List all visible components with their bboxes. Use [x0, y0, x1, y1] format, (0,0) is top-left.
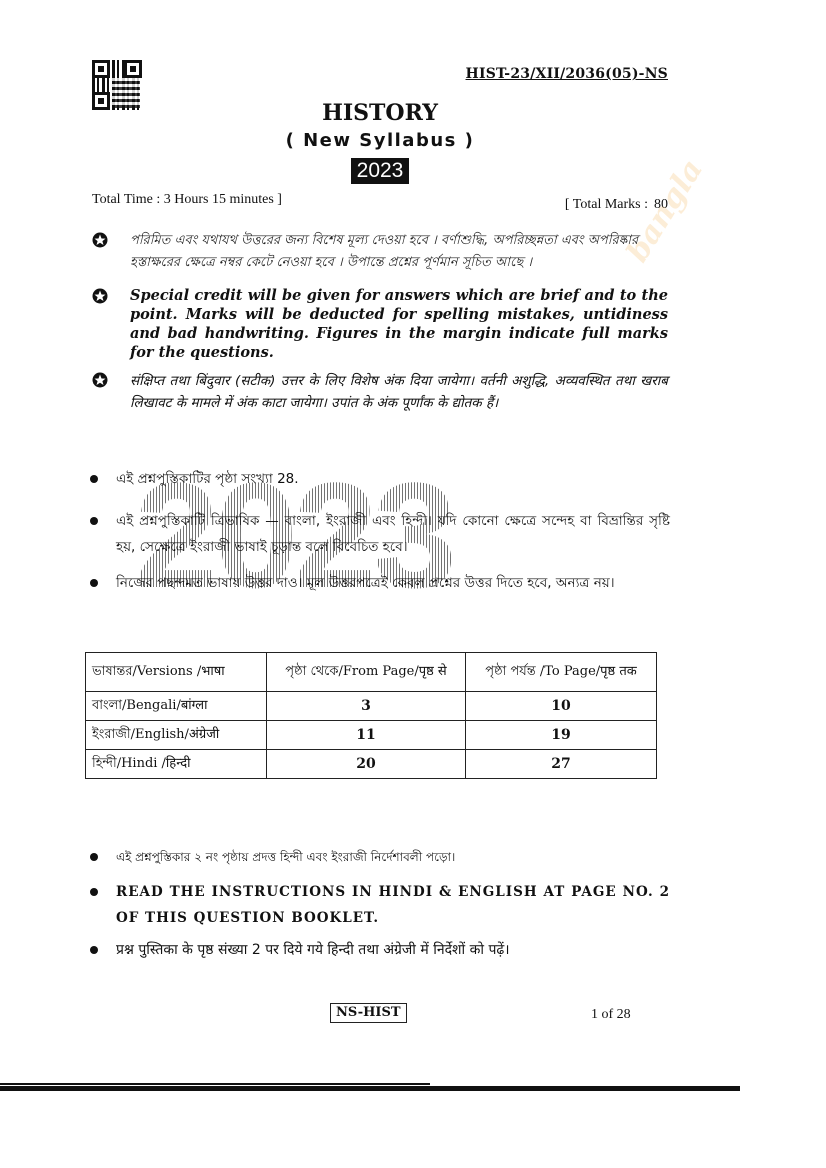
note-text: এই প্রশ্নপুস্তিকার ২ নং পৃষ্ঠায় প্রদত্ত… — [116, 844, 670, 870]
page-number: 1 of 28 — [591, 1007, 631, 1023]
to-page-cell: 27 — [466, 750, 657, 779]
to-page-cell: 10 — [466, 692, 657, 721]
bullet-icon — [90, 579, 98, 587]
header-versions: ভাষান্তর/Versions /भाषा — [86, 653, 267, 692]
note-answer-language: নিজের পছন্দমত ভাষায় উত্তর দাও। মূল উত্ত… — [90, 570, 670, 596]
instruction-text: পরিমিত এবং যথাযথ উত্তরের জন্য বিশেষ মূল্… — [130, 230, 668, 274]
language-cell: হিন্দী/Hindi /हिन्दी — [86, 750, 267, 779]
table-row: ইংরাজী/English/अंग्रेजी 11 19 — [86, 721, 657, 750]
scan-edge-line — [0, 1086, 740, 1091]
instruction-text: Special credit will be given for answers… — [130, 286, 668, 362]
versions-table: ভাষান্তর/Versions /भाषा পৃষ্ঠা থেকে/From… — [85, 652, 657, 779]
note-page-count: এই প্রশ্নপুস্তিকাটির পৃষ্ঠা সংখ্যা 28. — [90, 466, 670, 492]
total-marks: [ Total Marks :80 — [565, 197, 668, 213]
subject-title: HISTORY — [0, 100, 760, 126]
note-text: এই প্রশ্নপুস্তিকাটি ত্রিভাষিক — বাংলা, ই… — [116, 508, 670, 560]
scan-edge-line — [0, 1083, 430, 1085]
from-page-cell: 11 — [267, 721, 466, 750]
language-cell: ইংরাজী/English/अंग्रेजी — [86, 721, 267, 750]
read-note-english: READ THE INSTRUCTIONS IN HINDI & ENGLISH… — [90, 879, 670, 931]
table-row: হিন্দী/Hindi /हिन्दी 20 27 — [86, 750, 657, 779]
instruction-english: Special credit will be given for answers… — [92, 286, 668, 362]
note-trilingual: এই প্রশ্নপুস্তিকাটি ত্রিভাষিক — বাংলা, ই… — [90, 508, 670, 560]
bullet-icon — [90, 853, 98, 861]
note-text: READ THE INSTRUCTIONS IN HINDI & ENGLISH… — [116, 879, 670, 931]
total-time: Total Time : 3 Hours 15 minutes ] — [92, 192, 282, 208]
header-from-page: পৃষ্ঠা থেকে/From Page/पृष्ठ से — [267, 653, 466, 692]
note-text: এই প্রশ্নপুস্তিকাটির পৃষ্ঠা সংখ্যা 28. — [116, 466, 670, 492]
bullet-icon — [90, 888, 98, 896]
to-page-cell: 19 — [466, 721, 657, 750]
star-bullet-icon — [92, 372, 108, 388]
footer-code: NS-HIST — [330, 1003, 407, 1023]
table-row: বাংলা/Bengali/बांग्ला 3 10 — [86, 692, 657, 721]
paper-code: HIST-23/XII/2036(05)-NS — [466, 66, 668, 82]
note-text: प्रश्न पुस्तिका के पृष्ठ संख्या 2 पर दिय… — [116, 937, 670, 963]
read-note-hindi: प्रश्न पुस्तिका के पृष्ठ संख्या 2 पर दिय… — [90, 937, 670, 963]
from-page-cell: 20 — [267, 750, 466, 779]
table-header-row: ভাষান্তর/Versions /भाषा পৃষ্ঠা থেকে/From… — [86, 653, 657, 692]
read-note-bengali: এই প্রশ্নপুস্তিকার ২ নং পৃষ্ঠায় প্রদত্ত… — [90, 844, 670, 870]
note-text: নিজের পছন্দমত ভাষায় উত্তর দাও। মূল উত্ত… — [116, 570, 670, 596]
header-to-page: পৃষ্ঠা পর্যন্ত /To Page/पृष्ठ तक — [466, 653, 657, 692]
total-marks-label: [ Total Marks : — [565, 197, 648, 212]
syllabus-subtitle: ( New Syllabus ) — [0, 130, 760, 151]
bullet-icon — [90, 517, 98, 525]
instruction-text: संक्षिप्त तथा बिंदुवार (सटीक) उत्तर के ल… — [130, 370, 668, 414]
total-marks-value: 80 — [654, 197, 668, 212]
instruction-hindi: संक्षिप्त तथा बिंदुवार (सटीक) उत्तर के ल… — [92, 370, 668, 414]
star-bullet-icon — [92, 288, 108, 304]
language-cell: বাংলা/Bengali/बांग्ला — [86, 692, 267, 721]
from-page-cell: 3 — [267, 692, 466, 721]
bullet-icon — [90, 475, 98, 483]
instruction-bengali: পরিমিত এবং যথাযথ উত্তরের জন্য বিশেষ মূল্… — [92, 230, 668, 274]
bullet-icon — [90, 946, 98, 954]
year-badge: 2023 — [351, 158, 410, 184]
star-bullet-icon — [92, 232, 108, 248]
